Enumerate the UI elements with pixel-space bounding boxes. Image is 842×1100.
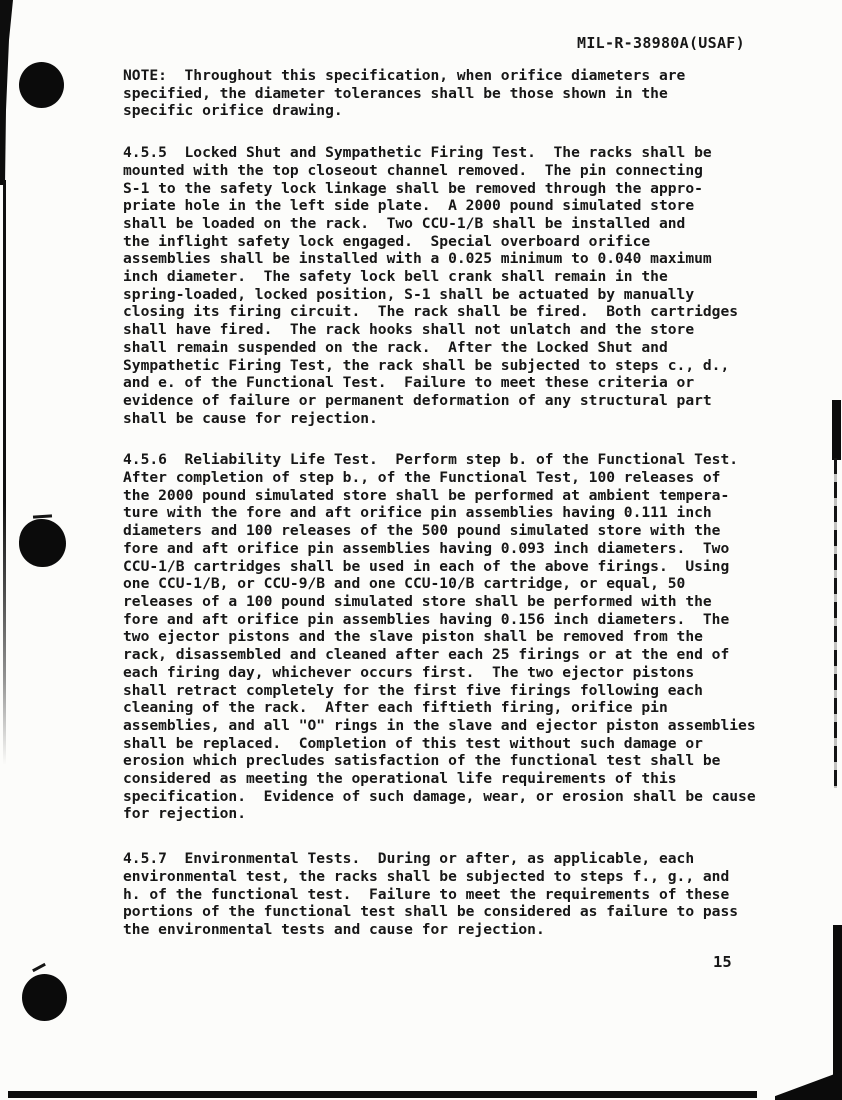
hole-punch-bottom — [22, 974, 67, 1021]
right-edge-scan-line — [834, 458, 837, 788]
page-number: 15 — [713, 953, 732, 971]
document-id-header: MIL-R-38980A(USAF) — [577, 34, 745, 52]
bottom-edge-scan-bar — [8, 1091, 757, 1098]
hole-punch-middle — [19, 519, 66, 567]
document-body: NOTE: Throughout this specification, whe… — [123, 67, 778, 963]
section-4-5-7-environmental-tests: 4.5.7 Environmental Tests. During or aft… — [123, 850, 778, 939]
scanned-document-page: MIL-R-38980A(USAF) NOTE: Throughout this… — [0, 0, 842, 1100]
pen-mark-above-bottom-hole — [32, 963, 46, 972]
section-4-5-6-reliability-life-test: 4.5.6 Reliability Life Test. Perform ste… — [123, 451, 778, 823]
left-edge-scan-line — [3, 180, 6, 765]
left-edge-ink-streak — [0, 0, 15, 185]
bottom-right-corner-shadow — [775, 1068, 842, 1100]
section-4-5-5-locked-shut-and-sympathetic-firing-test: 4.5.5 Locked Shut and Sympathetic Firing… — [123, 144, 778, 427]
hole-punch-top — [19, 62, 64, 108]
right-edge-ink-mark — [832, 400, 841, 460]
pen-mark-above-middle-hole — [33, 514, 52, 518]
note-paragraph: NOTE: Throughout this specification, whe… — [123, 67, 778, 120]
